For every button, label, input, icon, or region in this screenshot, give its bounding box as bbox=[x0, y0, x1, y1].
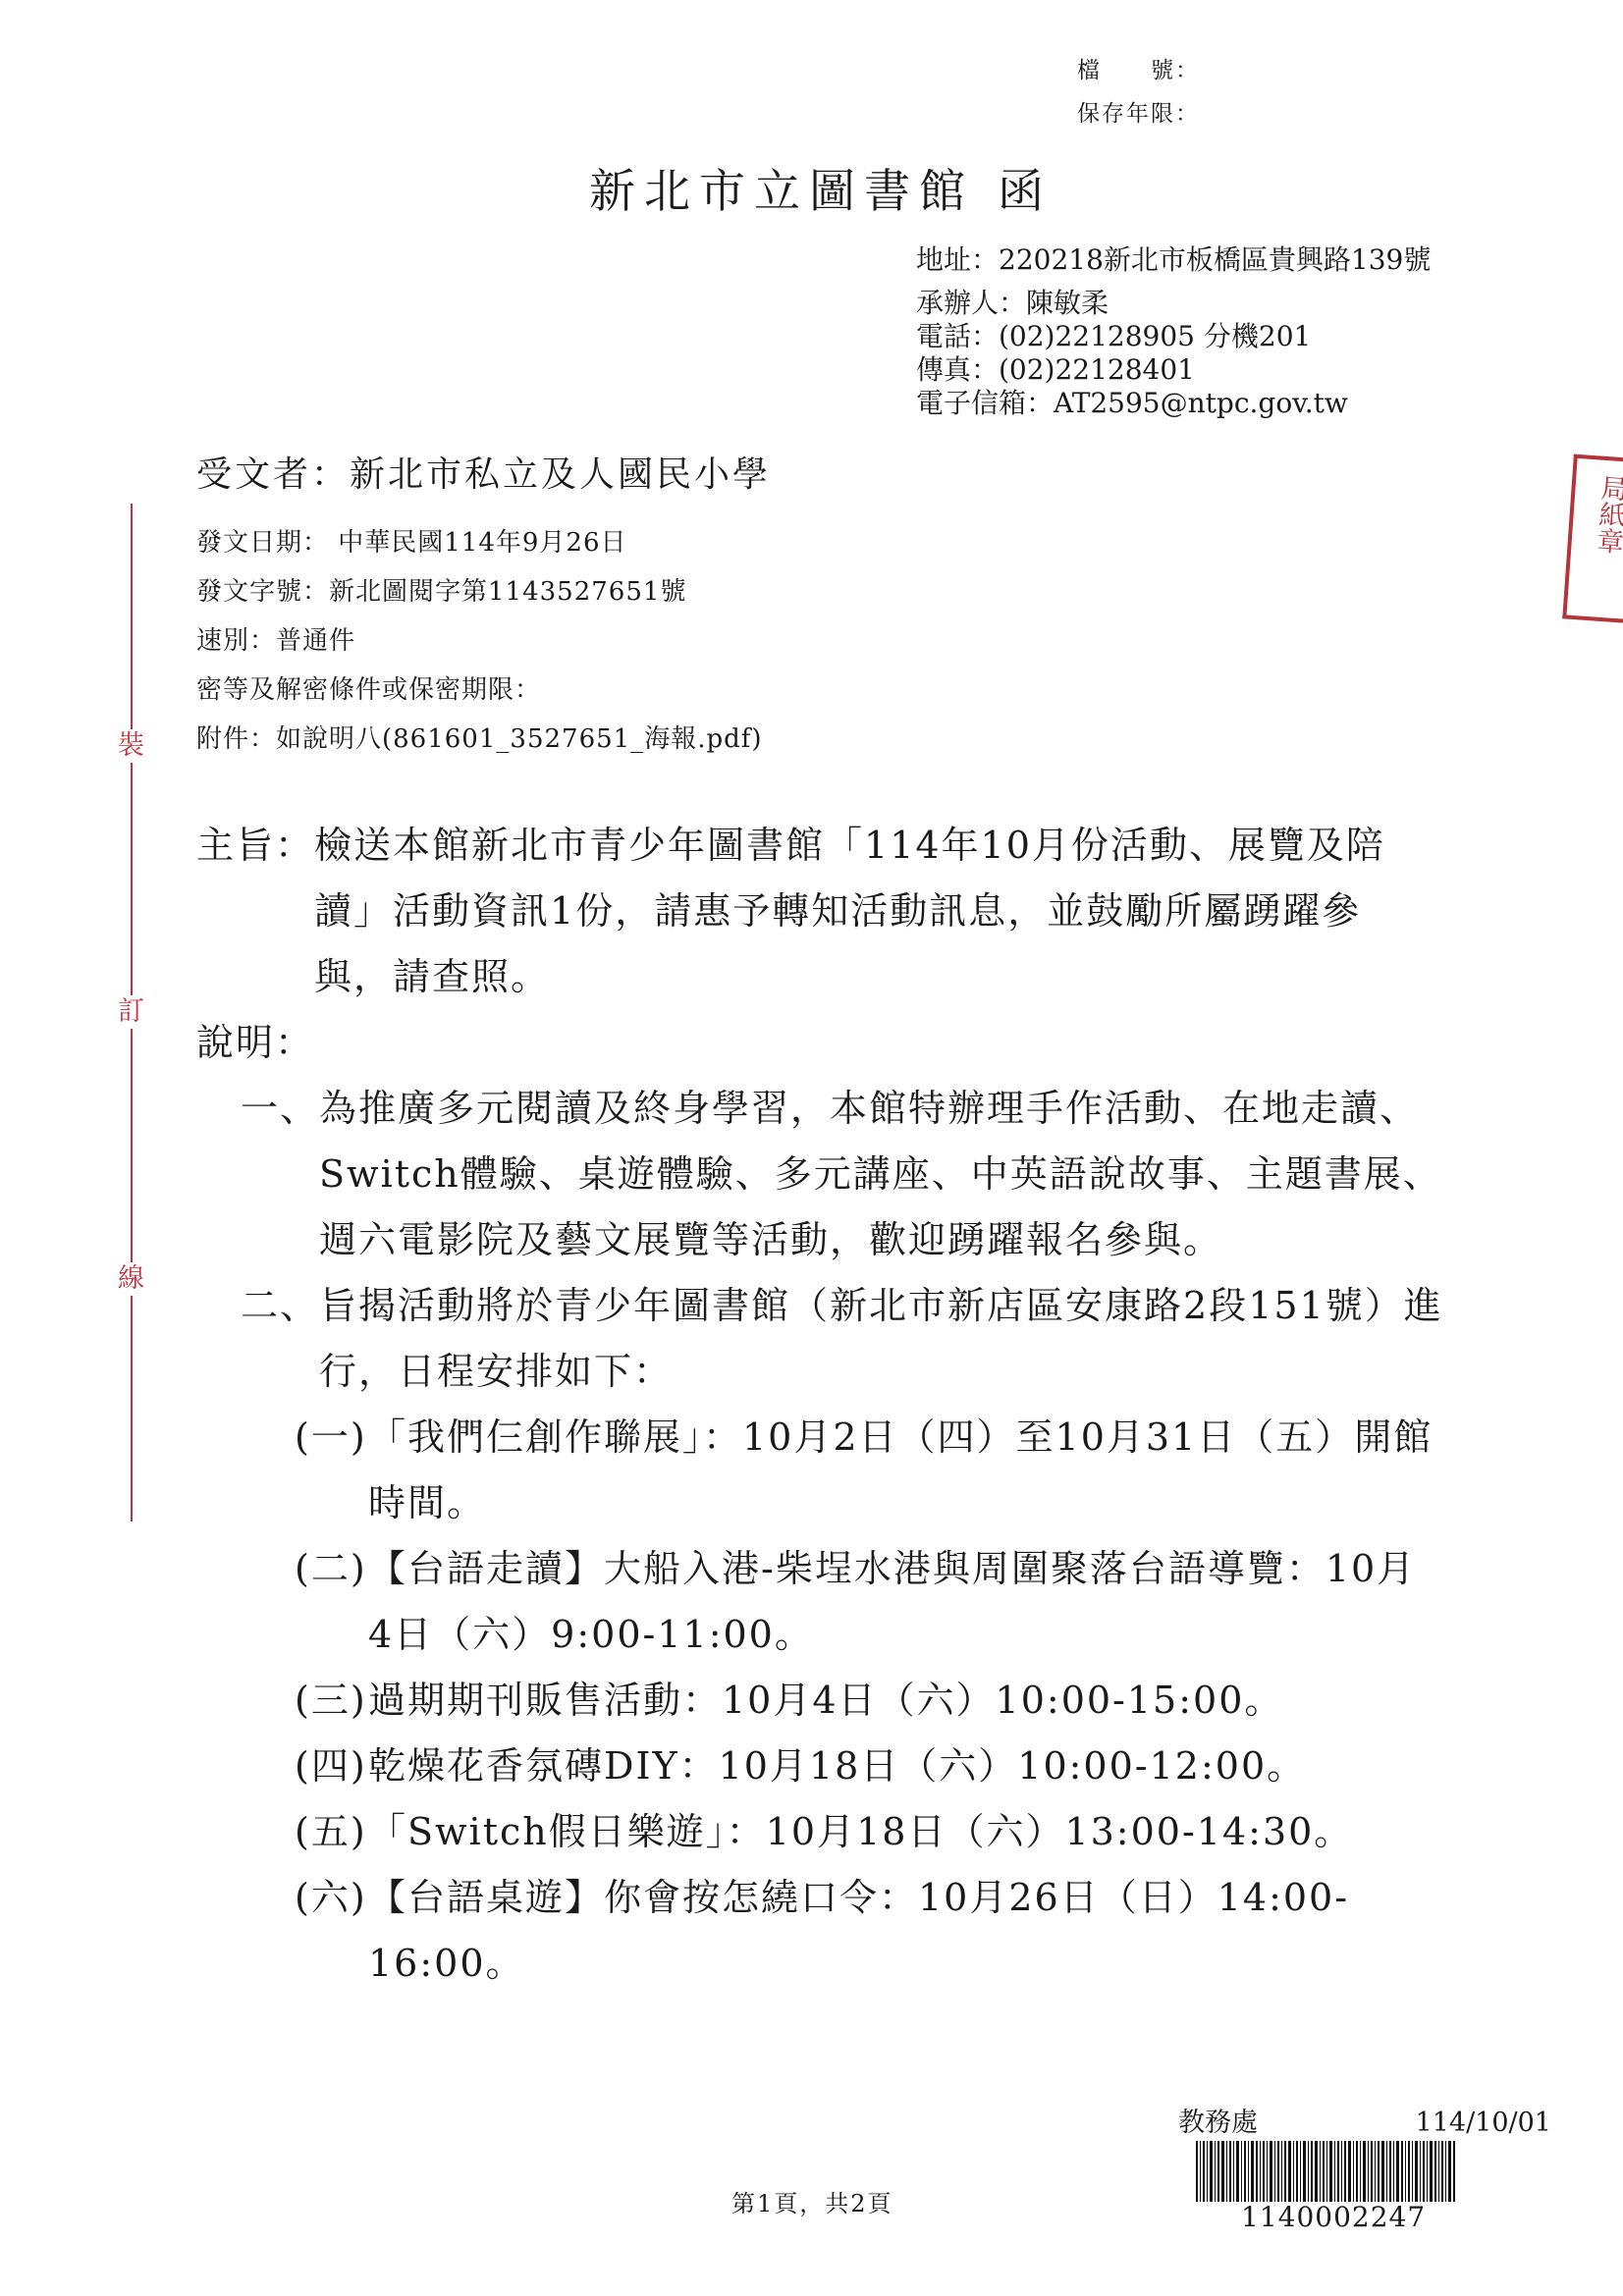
subitem-number: (一) bbox=[295, 1405, 368, 1536]
department: 教務處 bbox=[1178, 2109, 1258, 2138]
issue-date: 發文日期： 中華民國114年9月26日 bbox=[196, 518, 763, 567]
retention-label: 保存年限： bbox=[1077, 92, 1200, 135]
subitem-text: 「Switch假日樂遊」：10月18日（六）13:00-14:30。 bbox=[368, 1799, 1438, 1865]
schedule-item-6: (六) 【台語桌遊】你會按怎繞口令：10月26日（日）14:00-16:00。 bbox=[295, 1865, 1453, 1997]
subitem-number: (五) bbox=[295, 1799, 368, 1865]
file-meta: 檔 號： 保存年限： bbox=[1077, 49, 1200, 135]
schedule-item-1: (一) 「我們仨創作聯展」：10月2日（四）至10月31日（五）開館時間。 bbox=[295, 1405, 1453, 1536]
subject-text: 檢送本館新北市青少年圖書館「114年10月份活動、展覽及陪讀」活動資訊1份，請惠… bbox=[314, 813, 1424, 1010]
document-number: 發文字號：新北圖閱字第1143527651號 bbox=[196, 567, 763, 616]
document-body: 主旨： 檢送本館新北市青少年圖書館「114年10月份活動、展覽及陪讀」活動資訊1… bbox=[196, 813, 1453, 1997]
subject-label: 主旨： bbox=[196, 813, 314, 1010]
binding-mark-zhuang: 裝 bbox=[118, 729, 144, 763]
recipient: 受文者：新北市私立及人國民小學 bbox=[196, 447, 771, 497]
subject: 主旨： 檢送本館新北市青少年圖書館「114年10月份活動、展覽及陪讀」活動資訊1… bbox=[196, 813, 1453, 1010]
subitem-number: (三) bbox=[295, 1668, 368, 1734]
contact-info: 地址：220218新北市板橋區貴興路139號 承辦人：陳敏柔 電話：(02)22… bbox=[916, 243, 1431, 420]
subitem-text: 【台語桌遊】你會按怎繞口令：10月26日（日）14:00-16:00。 bbox=[368, 1865, 1438, 1997]
subitem-text: 過期期刊販售活動：10月4日（六）10:00-15:00。 bbox=[368, 1668, 1438, 1734]
security-level: 密等及解密條件或保密期限： bbox=[196, 666, 763, 715]
subitem-number: (二) bbox=[295, 1536, 368, 1668]
subitem-text: 【台語走讀】大船入港-柴埕水港與周圍聚落台語導覽：10月4日（六）9:00-11… bbox=[368, 1536, 1438, 1668]
subitem-text: 「我們仨創作聯展」：10月2日（四）至10月31日（五）開館時間。 bbox=[368, 1405, 1438, 1536]
explanation-item-2: 二、 旨揭活動將於青少年圖書館（新北市新店區安康路2段151號）進行，日程安排如… bbox=[241, 1273, 1453, 1405]
item-text: 為推廣多元閱讀及終身學習，本館特辦理手作活動、在地走讀、Switch體驗、桌遊體… bbox=[319, 1076, 1453, 1273]
officer: 承辦人：陳敏柔 bbox=[916, 287, 1431, 320]
page-number: 第1頁，共2頁 bbox=[731, 2184, 893, 2218]
address: 地址：220218新北市板橋區貴興路139號 bbox=[916, 243, 1431, 277]
subitem-number: (六) bbox=[295, 1865, 368, 1997]
barcode-number: 1140002247 bbox=[1241, 2202, 1551, 2233]
phone: 電話：(02)22128905 分機201 bbox=[916, 320, 1431, 353]
attachment: 附件：如說明八(861601_3527651_海報.pdf) bbox=[196, 715, 763, 764]
barcode-block: 教務處 114/10/01 1140002247 bbox=[1178, 2109, 1551, 2233]
document-title: 新北市立圖書館 函 bbox=[589, 155, 1053, 221]
barcode bbox=[1196, 2141, 1512, 2202]
item-number: 二、 bbox=[241, 1273, 319, 1405]
subitem-number: (四) bbox=[295, 1734, 368, 1799]
explanation-item-1: 一、 為推廣多元閱讀及終身學習，本館特辦理手作活動、在地走讀、Switch體驗、… bbox=[241, 1076, 1453, 1273]
schedule-item-4: (四) 乾燥花香氛磚DIY：10月18日（六）10:00-12:00。 bbox=[295, 1734, 1453, 1799]
document-meta: 發文日期： 中華民國114年9月26日 發文字號：新北圖閱字第114352765… bbox=[196, 518, 763, 764]
item-text: 旨揭活動將於青少年圖書館（新北市新店區安康路2段151號）進行，日程安排如下： bbox=[319, 1273, 1453, 1405]
email: 電子信箱：AT2595@ntpc.gov.tw bbox=[916, 387, 1431, 420]
schedule-item-3: (三) 過期期刊販售活動：10月4日（六）10:00-15:00。 bbox=[295, 1668, 1453, 1734]
binding-mark-xian: 線 bbox=[118, 1262, 144, 1296]
item-number: 一、 bbox=[241, 1076, 319, 1273]
schedule-item-5: (五) 「Switch假日樂遊」：10月18日（六）13:00-14:30。 bbox=[295, 1799, 1453, 1865]
received-date: 114/10/01 bbox=[1416, 2109, 1551, 2138]
explanation-label: 說明： bbox=[196, 1010, 1453, 1076]
red-stamp: 局紙章 bbox=[1562, 454, 1623, 624]
schedule-item-2: (二) 【台語走讀】大船入港-柴埕水港與周圍聚落台語導覽：10月4日（六）9:0… bbox=[295, 1536, 1453, 1668]
subitem-text: 乾燥花香氛磚DIY：10月18日（六）10:00-12:00。 bbox=[368, 1734, 1438, 1799]
stamp-text: 局紙章 bbox=[1585, 473, 1623, 556]
file-number-label: 檔 號： bbox=[1077, 49, 1200, 92]
binding-mark-ding: 訂 bbox=[118, 995, 144, 1029]
fax: 傳真：(02)22128401 bbox=[916, 353, 1431, 387]
delivery-speed: 速別：普通件 bbox=[196, 616, 763, 666]
